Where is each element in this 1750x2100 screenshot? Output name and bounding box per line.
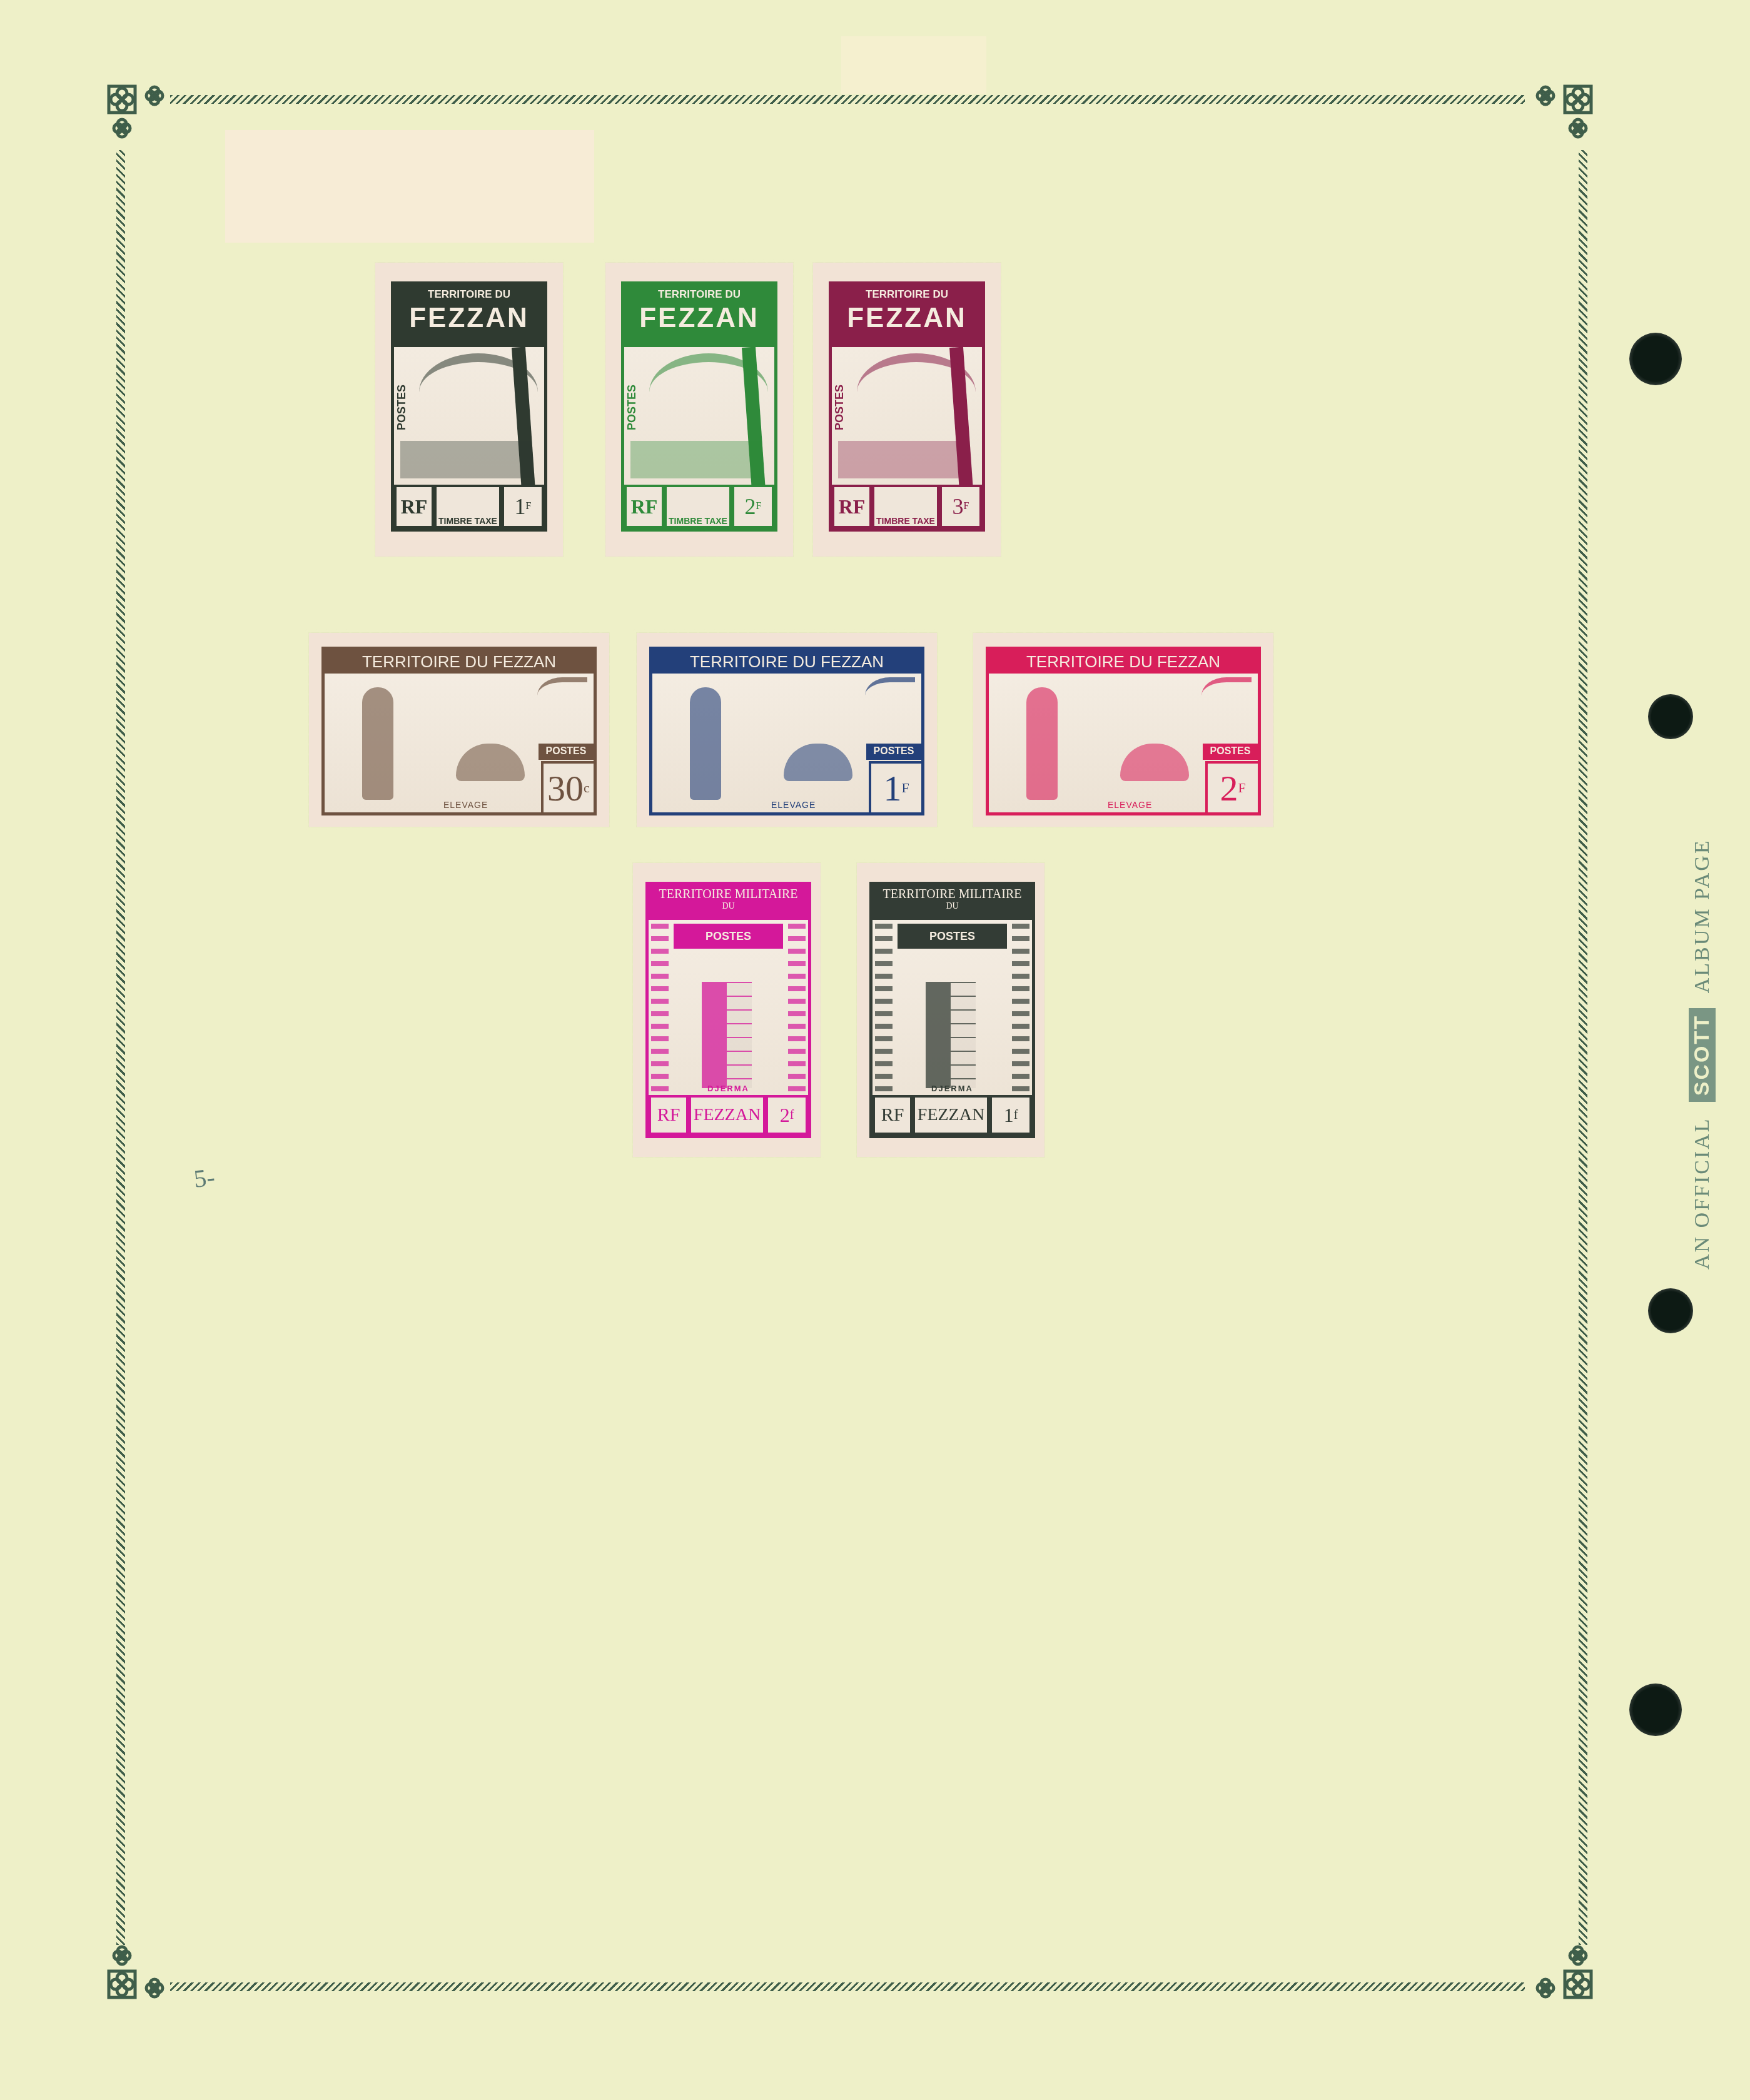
timbre-taxe-caption: TIMBRE TAXE (872, 485, 939, 528)
fezzan-text: FEZZAN (832, 301, 982, 336)
unit: f (790, 1108, 794, 1123)
stamp-design: TERRITOIRE MILITAIREDUPOSTESDJERMARFFEZZ… (869, 882, 1035, 1138)
territory-text: TERRITOIRE DU (624, 285, 774, 301)
denomination: 2F (1205, 761, 1258, 812)
imprint-prefix: AN OFFICIAL (1691, 1118, 1714, 1270)
unit: F (756, 501, 762, 512)
stamp-header: TERRITOIRE MILITAIREDU (872, 885, 1032, 920)
rf-box: RF (394, 485, 434, 528)
territory-text: TERRITOIRE MILITAIRE (872, 885, 1032, 902)
rf-box: RF (832, 485, 872, 528)
fezzan-text: FEZZAN (394, 301, 544, 336)
stamp-design: TERRITOIRE DU FEZZANPOSTES2FELEVAGE (986, 647, 1261, 815)
label-tab-heading (225, 130, 594, 243)
unit: F (964, 501, 969, 512)
place-text: BRAK (457, 527, 475, 533)
stamp-header: TERRITOIRE DU FEZZAN (652, 650, 921, 674)
stamp-elevage[interactable]: TERRITOIRE DU FEZZANPOSTES1FELEVAGE (637, 633, 937, 827)
border-top (170, 95, 1525, 104)
label-tab-top (841, 36, 986, 94)
fezzan-text: FEZZAN (913, 1095, 989, 1135)
elevage-caption: ELEVAGE (1108, 800, 1152, 810)
border-bottom (170, 1982, 1525, 1991)
postes-text: POSTES (395, 385, 408, 430)
binder-hole (1648, 1288, 1693, 1333)
rf-box: RF (872, 1095, 913, 1135)
value: 1 (515, 493, 526, 520)
postes-text: POSTES (833, 385, 846, 430)
site-text: DJERMA (649, 1084, 808, 1093)
territory-text: TERRITOIRE DU FEZZAN (362, 652, 556, 671)
binder-hole (1629, 333, 1682, 385)
value: 2 (745, 493, 756, 520)
left-column-ornament (875, 924, 893, 1093)
stamp-footer: RFFEZZAN1f (872, 1095, 1032, 1135)
corner-ornament-icon (1526, 1932, 1595, 2001)
value: 3 (953, 493, 964, 520)
du-text: DU (872, 902, 1032, 912)
corner-ornament-icon (105, 1932, 174, 2001)
place-text: BRAK (687, 527, 705, 533)
left-column-ornament (651, 924, 669, 1093)
unit: f (1014, 1108, 1018, 1123)
stamp-djerma[interactable]: TERRITOIRE MILITAIREDUPOSTESDJERMARFFEZZ… (857, 863, 1044, 1157)
fezzan-text: FEZZAN (624, 301, 774, 336)
monument-tower (926, 982, 976, 1088)
territory-text: TERRITOIRE DU FEZZAN (1026, 652, 1220, 671)
denomination: 30c (541, 761, 594, 812)
stamp-header: TERRITOIRE DUFEZZAN (394, 285, 544, 347)
denomination: 1F (869, 761, 921, 812)
palm-fronds (865, 677, 915, 714)
unit: F (526, 501, 532, 512)
stamp-design: TERRITOIRE DUFEZZANPOSTESRFTIMBRE TAXE2F (621, 281, 777, 532)
unit: F (901, 780, 909, 796)
corner-ornament-icon (1526, 83, 1595, 151)
postes-label: POSTES (1203, 744, 1258, 760)
place-text: BRAK (894, 527, 913, 533)
palm-fronds (1201, 677, 1252, 714)
stamp-djerma[interactable]: TERRITOIRE MILITAIREDUPOSTESDJERMARFFEZZ… (633, 863, 821, 1157)
stamp-footer: RFTIMBRE TAXE2F (624, 485, 774, 528)
stamp-header: TERRITOIRE MILITAIREDU (649, 885, 808, 920)
stamp-design: TERRITOIRE DUFEZZANPOSTESRFTIMBRE TAXE1F (391, 281, 547, 532)
stamp-footer: RFTIMBRE TAXE3F (832, 485, 982, 528)
stamp-design: TERRITOIRE MILITAIREDUPOSTESDJERMARFFEZZ… (645, 882, 811, 1138)
man-at-well (1026, 687, 1058, 800)
stamp-elevage[interactable]: TERRITOIRE DU FEZZANPOSTES2FELEVAGE (973, 633, 1273, 827)
postes-label: POSTES (866, 744, 921, 760)
corner-ornament-icon (105, 83, 174, 151)
denomination: 3F (939, 485, 982, 528)
stamp-timbre-taxe[interactable]: TERRITOIRE DUFEZZANPOSTESRFTIMBRE TAXE3F… (813, 263, 1001, 557)
postes-text: POSTES (898, 924, 1007, 949)
stamp-header: TERRITOIRE DUFEZZAN (624, 285, 774, 347)
stamp-header: TERRITOIRE DU FEZZAN (989, 650, 1258, 674)
territory-text: TERRITOIRE MILITAIRE (649, 885, 808, 902)
denomination: 1f (989, 1095, 1032, 1135)
unit: F (1238, 780, 1245, 796)
territory-text: TERRITOIRE DU (832, 285, 982, 301)
denomination: 1F (502, 485, 544, 528)
value: 2 (1220, 767, 1238, 809)
unit: c (584, 780, 590, 796)
palm-fronds (649, 353, 768, 431)
stamp-timbre-taxe[interactable]: TERRITOIRE DUFEZZANPOSTESRFTIMBRE TAXE1F… (375, 263, 563, 557)
pencil-note: 5- (193, 1162, 216, 1193)
camel (1120, 744, 1189, 781)
territory-text: TERRITOIRE DU (394, 285, 544, 301)
stamp-header: TERRITOIRE DUFEZZAN (832, 285, 982, 347)
stamp-design: TERRITOIRE DUFEZZANPOSTESRFTIMBRE TAXE3F (829, 281, 985, 532)
scott-logo: SCOTT (1689, 1008, 1716, 1102)
binder-hole (1648, 694, 1693, 739)
oasis-pool (400, 441, 532, 478)
camel (456, 744, 525, 781)
value: 30 (547, 767, 584, 809)
stamp-timbre-taxe[interactable]: TERRITOIRE DUFEZZANPOSTESRFTIMBRE TAXE2F… (605, 263, 793, 557)
stamp-design: TERRITOIRE DU FEZZANPOSTES30cELEVAGE (321, 647, 597, 815)
border-left (116, 150, 125, 1945)
stamp-design: TERRITOIRE DU FEZZANPOSTES1FELEVAGE (649, 647, 924, 815)
stamp-header: TERRITOIRE DU FEZZAN (325, 650, 594, 674)
timbre-taxe-caption: TIMBRE TAXE (664, 485, 732, 528)
rf-box: RF (649, 1095, 689, 1135)
postes-label: POSTES (539, 744, 594, 760)
postes-text: POSTES (674, 924, 783, 949)
denomination: 2F (732, 485, 774, 528)
palm-fronds (537, 677, 587, 714)
oasis-pool (630, 441, 762, 478)
fezzan-text: FEZZAN (689, 1095, 766, 1135)
stamp-footer: RFTIMBRE TAXE1F (394, 485, 544, 528)
territory-text: TERRITOIRE DU FEZZAN (690, 652, 884, 671)
du-text: DU (649, 902, 808, 912)
imprint-suffix: ALBUM PAGE (1691, 839, 1714, 993)
right-column-ornament (788, 924, 806, 1093)
border-right (1579, 150, 1587, 1945)
stamp-footer: RFFEZZAN2f (649, 1095, 808, 1135)
palm-fronds (419, 353, 538, 431)
monument-tower (702, 982, 752, 1088)
oasis-pool (838, 441, 969, 478)
stamp-elevage[interactable]: TERRITOIRE DU FEZZANPOSTES30cELEVAGE (309, 633, 609, 827)
elevage-caption: ELEVAGE (771, 800, 816, 810)
value: 1 (1004, 1104, 1014, 1127)
site-text: DJERMA (872, 1084, 1032, 1093)
palm-fronds (857, 353, 976, 431)
postes-text: POSTES (625, 385, 639, 430)
value: 2 (780, 1104, 790, 1127)
camel (784, 744, 852, 781)
rf-box: RF (624, 485, 664, 528)
binder-hole (1629, 1684, 1682, 1736)
timbre-taxe-caption: TIMBRE TAXE (434, 485, 502, 528)
scott-imprint: AN OFFICIAL SCOTT ALBUM PAGE (1689, 839, 1716, 1270)
elevage-caption: ELEVAGE (443, 800, 488, 810)
right-column-ornament (1012, 924, 1029, 1093)
value: 1 (883, 767, 901, 809)
man-at-well (362, 687, 393, 800)
man-at-well (690, 687, 721, 800)
denomination: 2f (766, 1095, 808, 1135)
